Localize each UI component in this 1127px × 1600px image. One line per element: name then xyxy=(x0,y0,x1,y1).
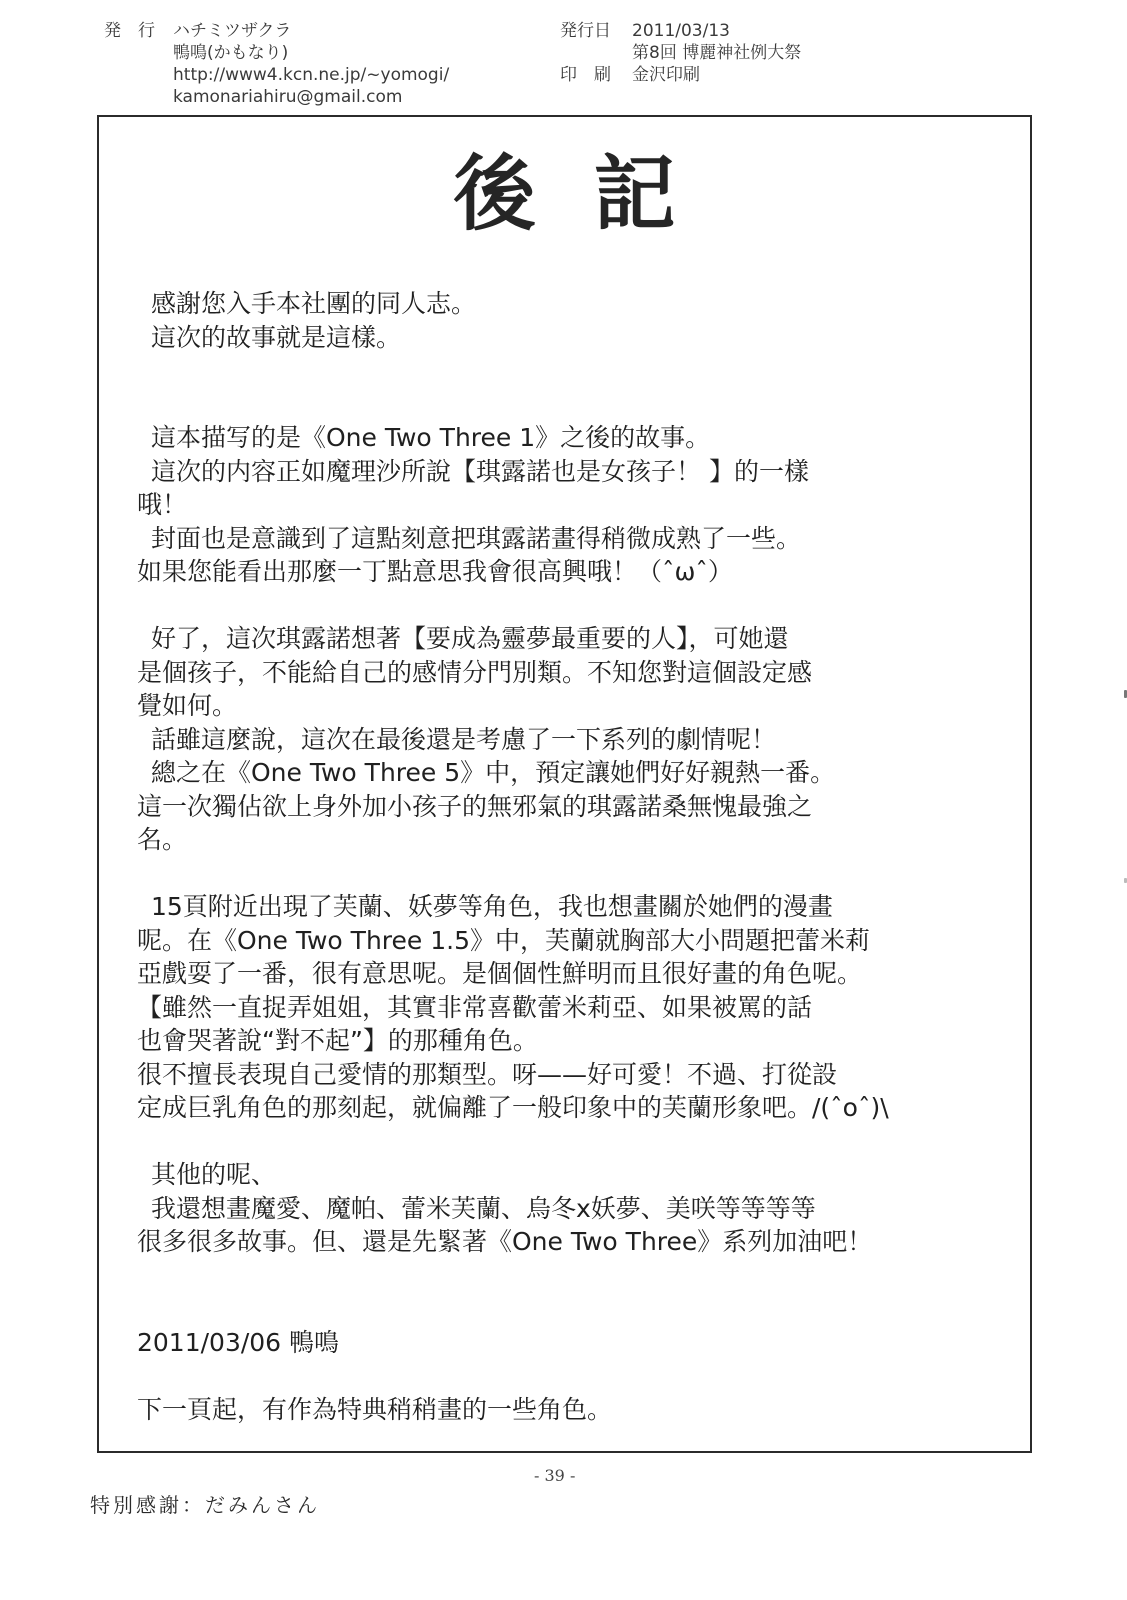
text-line: 其他的呢、 xyxy=(151,1158,981,1192)
page-number: - 39 - xyxy=(534,1466,575,1485)
url-row: http://www4.kcn.ne.jp/~yomogi/ xyxy=(104,64,449,86)
afterword-title: 後記 xyxy=(99,145,1030,245)
afterword-body: 感謝您入手本社團的同人志。 這次的故事就是這樣。 這本描写的是《One Two … xyxy=(151,287,981,1426)
printer-label: 印 刷 xyxy=(560,64,632,86)
text-line: 呢。在《One Two Three 1.5》中，芙蘭就胸部大小問題把蕾米莉 xyxy=(137,924,981,958)
text-line: 好了，這次琪露諾想著【要成為靈夢最重要的人】，可她還 xyxy=(151,622,981,656)
email-address: kamonariahiru@gmail.com xyxy=(173,86,402,108)
text-line: 感謝您入手本社團的同人志。 xyxy=(151,287,981,321)
text-line: 名。 xyxy=(137,823,981,857)
text-line: 總之在《One Two Three 5》中，預定讓她們好好親熱一番。 xyxy=(151,756,981,790)
printer-row: 印 刷 金沢印刷 xyxy=(560,64,801,86)
text-line: 封面也是意識到了這點刻意把琪露諾畫得稍微成熟了一些。 xyxy=(151,522,981,556)
text-line: 亞戲耍了一番，很有意思呢。是個個性鮮明而且很好畫的角色呢。 xyxy=(137,957,981,991)
text-line: 也會哭著說“對不起”】的那種角色。 xyxy=(137,1024,981,1058)
event-row: 第8回 博麗神社例大祭 xyxy=(560,42,801,64)
text-line: 如果您能看出那麼一丁點意思我會很高興哦！（ˆωˆ） xyxy=(137,555,981,589)
afterword-frame: 後記 感謝您入手本社團的同人志。 這次的故事就是這樣。 這本描写的是《One T… xyxy=(97,115,1032,1453)
text-line: 這本描写的是《One Two Three 1》之後的故事。 xyxy=(151,421,981,455)
signature-line: 2011/03/06 鴨鳴 xyxy=(137,1326,981,1360)
special-thanks: 特別感謝：だみんさん xyxy=(90,1489,320,1518)
publication-date: 2011/03/13 xyxy=(632,20,730,42)
text-line: 定成巨乳角色的那刻起，就偏離了一般印象中的芙蘭形象吧。/(ˆoˆ)\ xyxy=(137,1091,981,1125)
colophon-publication: 発行日 2011/03/13 第8回 博麗神社例大祭 印 刷 金沢印刷 xyxy=(560,20,801,86)
event-name: 第8回 博麗神社例大祭 xyxy=(632,42,801,64)
date-row: 発行日 2011/03/13 xyxy=(560,20,801,42)
text-line: 哦！ xyxy=(137,488,981,522)
publisher-row: 発 行 ハチミツザクラ xyxy=(104,20,449,42)
text-line: 下一頁起，有作為特典稍稍畫的一些角色。 xyxy=(137,1393,981,1427)
text-line: 話雖這麼說，這次在最後還是考慮了一下系列的劇情呢！ xyxy=(151,723,981,757)
text-line: 【雖然一直捉弄姐姐，其實非常喜歡蕾米莉亞、如果被罵的話 xyxy=(137,991,981,1025)
author-row: 鴨鳴(かもなり) xyxy=(104,42,449,64)
text-line: 我還想畫魔愛、魔帕、蕾米芙蘭、烏冬x妖夢、美咲等等等等 xyxy=(151,1192,981,1226)
date-label: 発行日 xyxy=(560,20,632,42)
text-line: 這次的故事就是這樣。 xyxy=(151,321,981,355)
text-line: 這一次獨佔欲上身外加小孩子的無邪氣的琪露諾桑無愧最強之 xyxy=(137,790,981,824)
text-line: 很多很多故事。但、還是先緊著《One Two Three》系列加油吧！ xyxy=(137,1225,981,1259)
publisher-label: 発 行 xyxy=(104,20,173,42)
colophon-publisher: 発 行 ハチミツザクラ 鴨鳴(かもなり) http://www4.kcn.ne.… xyxy=(104,20,449,108)
printer-name: 金沢印刷 xyxy=(632,64,700,86)
text-line: 很不擅長表現自己愛情的那類型。呀——好可愛！不過、打從設 xyxy=(137,1058,981,1092)
website-url: http://www4.kcn.ne.jp/~yomogi/ xyxy=(173,64,449,86)
email-row: kamonariahiru@gmail.com xyxy=(104,86,449,108)
author-name: 鴨鳴(かもなり) xyxy=(173,42,288,64)
text-line: 這次的内容正如魔理沙所說【琪露諾也是女孩子！ 】的一樣 xyxy=(151,455,981,489)
text-line: 15頁附近出現了芙蘭、妖夢等角色，我也想畫關於她們的漫畫 xyxy=(151,890,981,924)
text-line: 覺如何。 xyxy=(137,689,981,723)
text-line: 是個孩子，不能給自己的感情分門別類。不知您對這個設定感 xyxy=(137,656,981,690)
publisher-name: ハチミツザクラ xyxy=(173,20,291,42)
